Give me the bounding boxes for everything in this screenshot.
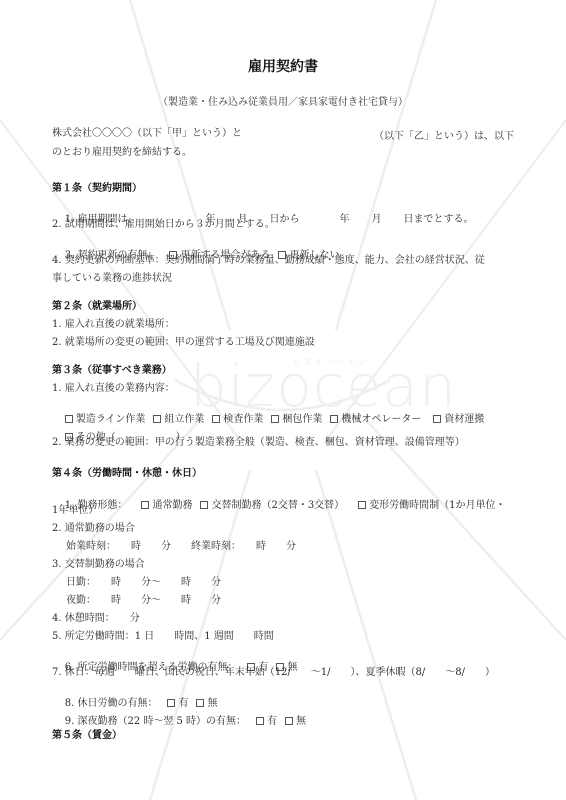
article-1-item-2: 2. 試用期間は、雇用開始日から３か月間とする。 xyxy=(52,218,275,231)
checkbox-regular-shift[interactable] xyxy=(141,501,149,509)
a1-day-2: 日までとする。 xyxy=(403,214,473,225)
intro-line-2: のとおり雇用契約を締結する。 xyxy=(52,146,192,159)
article-5-heading: 第５条（賃金） xyxy=(52,726,122,741)
checkbox-material-transport[interactable] xyxy=(433,415,441,423)
checkbox-flexible-hours[interactable] xyxy=(358,501,366,509)
yes-label: 有 xyxy=(267,716,277,727)
option-label: 検査作業 xyxy=(223,414,263,425)
option-label: 資材運搬 xyxy=(444,414,484,425)
document-page: 雇用契約書 （製造業・住み込み従業員用／家具家電付き社宅貸与） 株式会社〇〇〇〇… xyxy=(0,0,566,800)
article-4-item-2-detail: 始業時刻： 時 分 終業時刻： 時 分 xyxy=(66,540,296,553)
article-3-heading: 第３条（従事すべき業務） xyxy=(52,361,172,376)
article-4-heading: 第４条（労働時間・休憩・休日） xyxy=(52,464,202,479)
article-4-item-2: 2. 通常勤務の場合 xyxy=(52,522,135,535)
article-2-item-1: 1. 雇入れ直後の就業場所： xyxy=(52,318,175,331)
checkbox-inspection[interactable] xyxy=(212,415,220,423)
article-1-heading: 第１条（契約期間） xyxy=(52,179,142,194)
article-1-item-4-line-2: 事している業務の進捗状況 xyxy=(52,272,172,285)
flexible-hours-label: 変形労働時間制（1か月単位・ xyxy=(369,500,505,511)
article-1-item-4-line-1: 4. 契約更新の判断基準：契約期間満了時の業務量、勤務成績・態度、能力、会社の経… xyxy=(52,254,485,267)
article-4-item-5: 5. 所定労働時間：1 日 時間、1 週間 時間 xyxy=(52,630,274,643)
option-label: 梱包作業 xyxy=(282,414,322,425)
checkbox-rotating-shift[interactable] xyxy=(200,501,208,509)
option-label: 機械オペレーター xyxy=(341,414,421,425)
document-subtitle: （製造業・住み込み従業員用／家具家電付き社宅貸与） xyxy=(0,93,566,108)
article-2-heading: 第２条（就業場所） xyxy=(52,297,142,312)
a1-month-2: 月 xyxy=(371,214,381,225)
article-4-item-4: 4. 休憩時間： 分 xyxy=(52,612,140,625)
checkbox-night-work-yes[interactable] xyxy=(256,717,264,725)
intro-line-1-right: （以下「乙」という）は、以下 xyxy=(374,127,514,142)
article-2-item-2: 2. 就業場所の変更の範囲：甲の運営する工場及び関連施設 xyxy=(52,336,315,349)
document-title: 雇用契約書 xyxy=(0,56,566,76)
checkbox-packing[interactable] xyxy=(271,415,279,423)
article-4-item-7: 7. 休日：毎週 曜日、国民の祝日、年末年始（12/ ～1/ ）、夏季休暇（8/… xyxy=(52,666,495,679)
article-4-item-1-cont: 1年単位） xyxy=(52,504,98,517)
article-4-item-1: 1. 勤務形態：通常勤務交替制勤務（2交替・3交替）変形労働時間制（1か月単位・ xyxy=(52,486,514,525)
checkbox-night-work-no[interactable] xyxy=(285,717,293,725)
intro-line-1-left: 株式会社〇〇〇〇（以下「甲」という）と xyxy=(52,127,242,140)
article-3-item-2: 2. 業務の変更の範囲：甲の行う製造業務全般（製造、検査、梱包、資材管理、設備管… xyxy=(52,436,465,449)
a1-year-2: 年 xyxy=(339,214,349,225)
no-label: 無 xyxy=(296,716,306,727)
article-4-item-3-day: 日勤： 時 分～ 時 分 xyxy=(66,576,221,589)
article-3-item-1: 1. 雇入れ直後の業務内容： xyxy=(52,382,175,395)
article-4-item-3: 3. 交替制勤務の場合 xyxy=(52,558,145,571)
rotating-shift-label: 交替制勤務（2交替・3交替） xyxy=(211,500,344,511)
article-4-item-3-night: 夜勤： 時 分～ 時 分 xyxy=(66,594,221,607)
regular-shift-label: 通常勤務 xyxy=(152,500,192,511)
checkbox-machine-operator[interactable] xyxy=(330,415,338,423)
